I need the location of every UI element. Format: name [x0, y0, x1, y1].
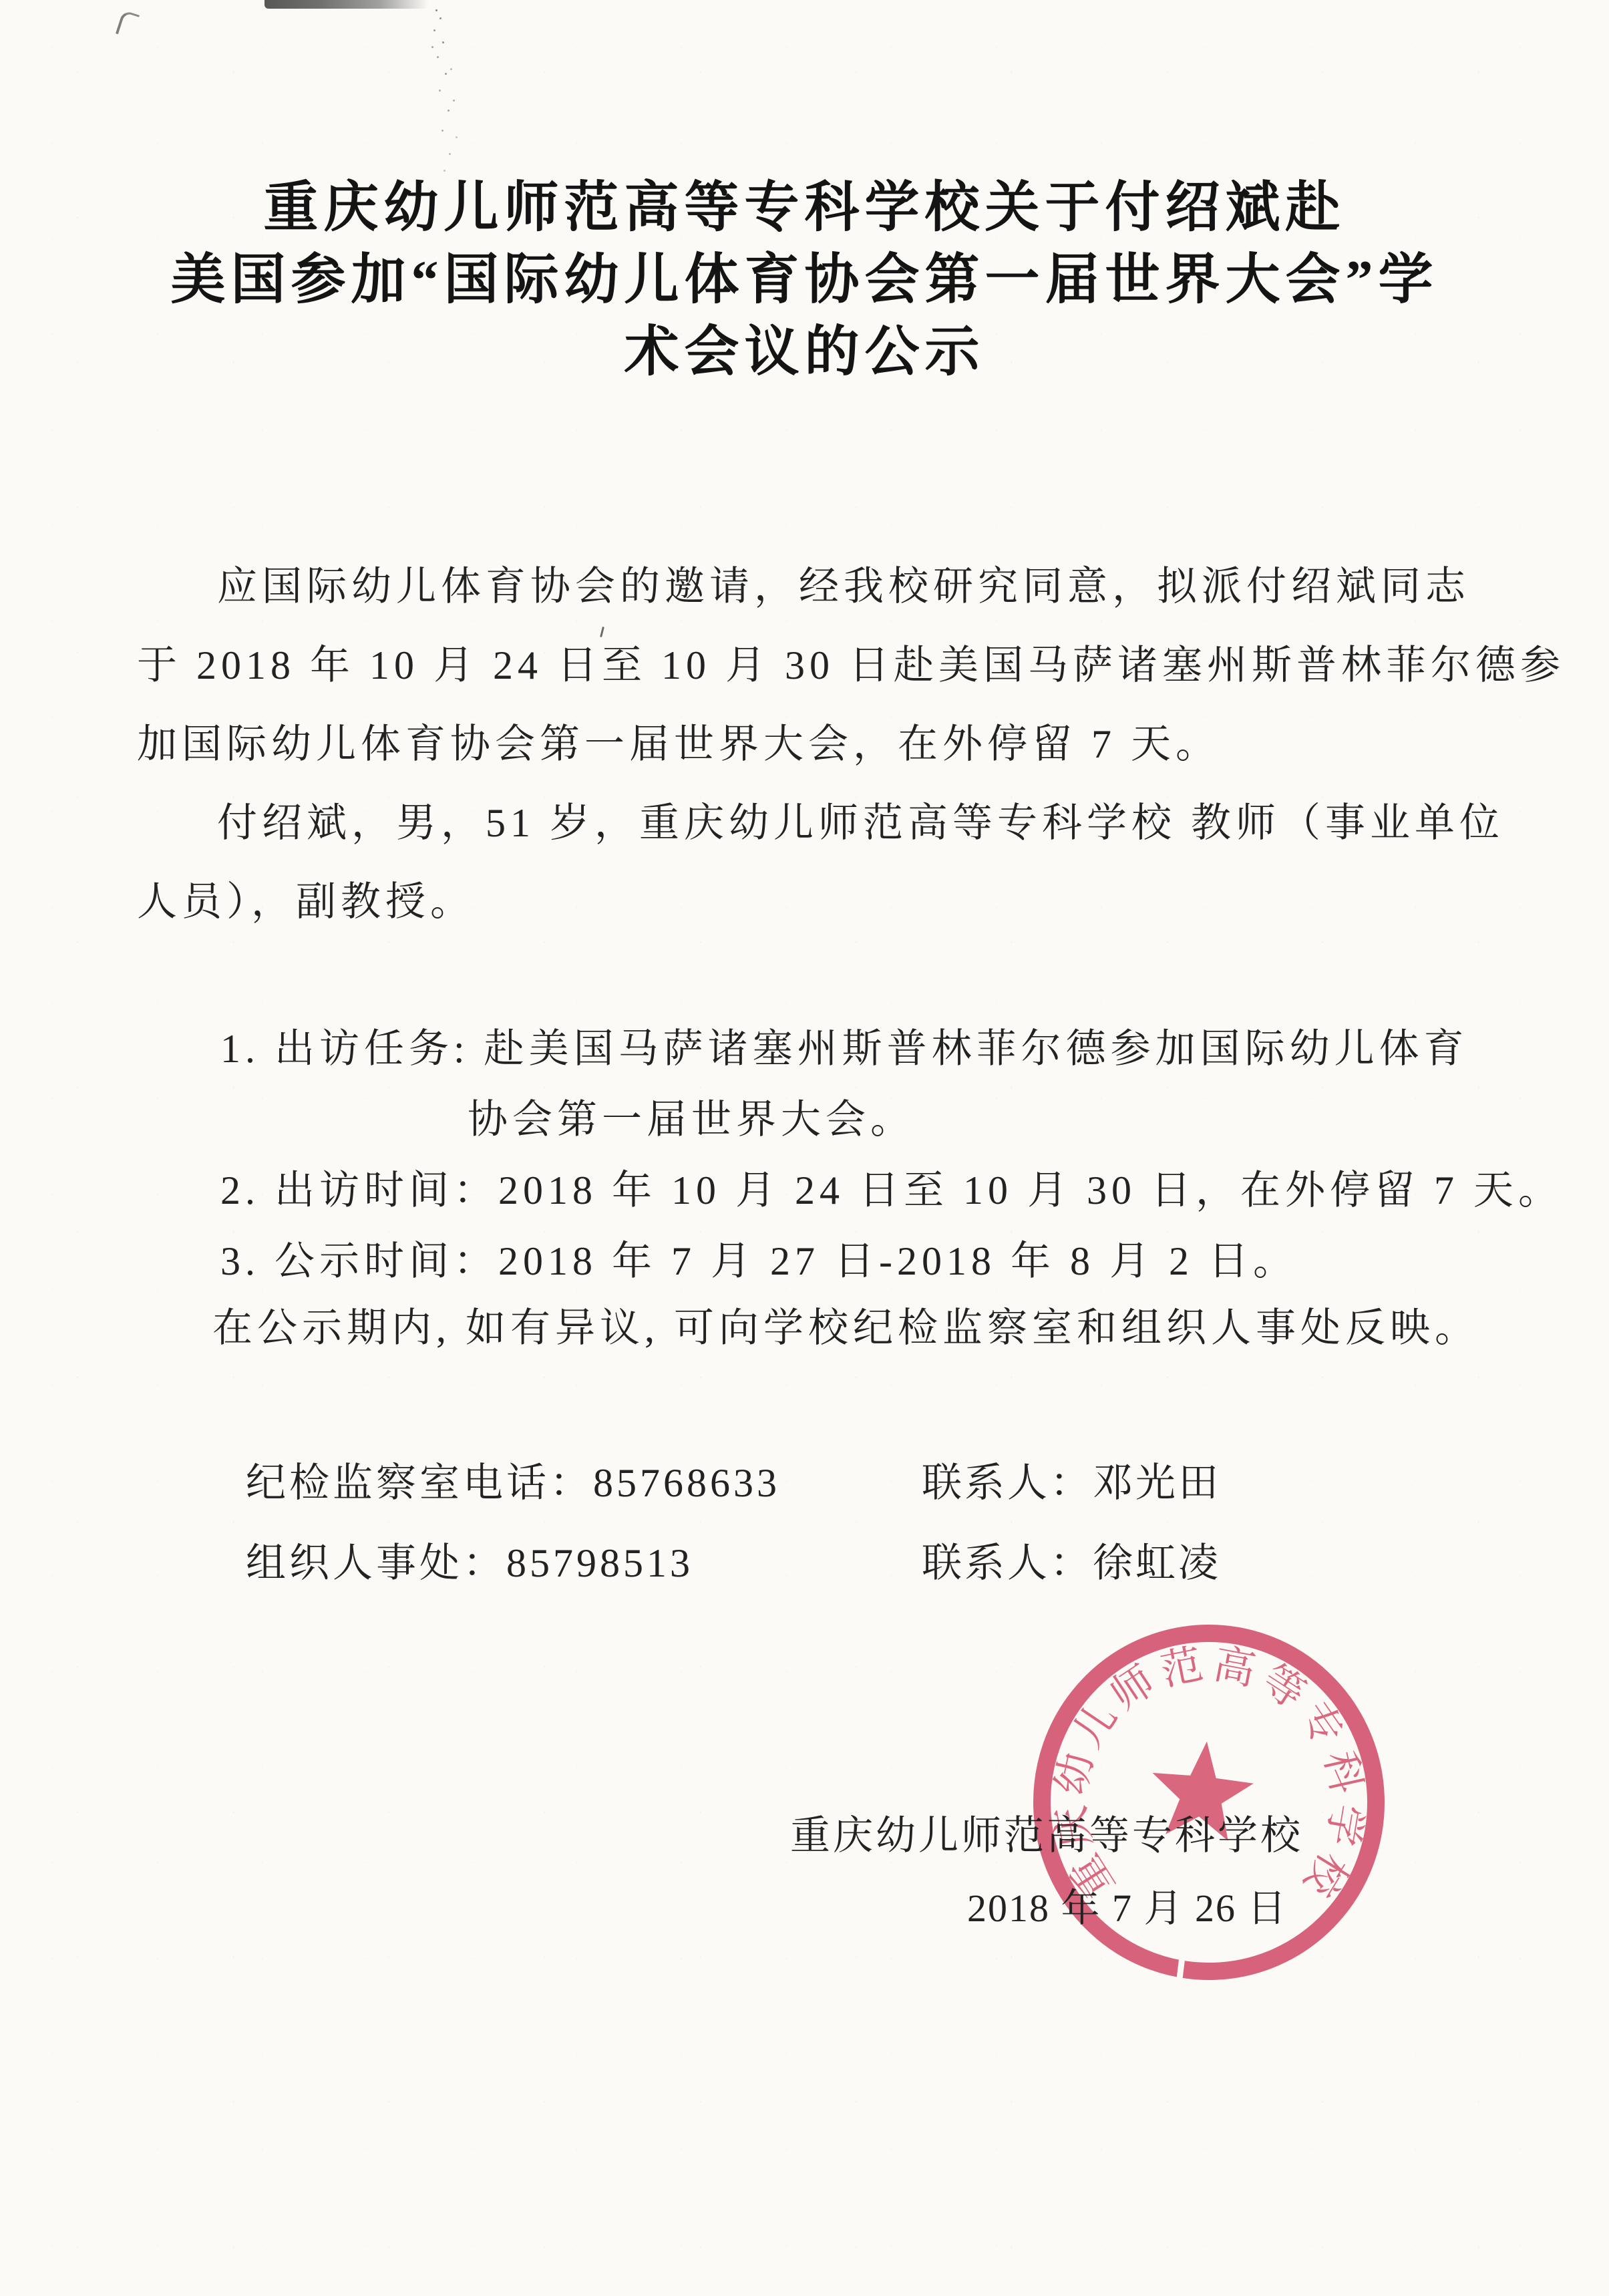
contact-person-1: 联系人：邓光田	[922, 1463, 1221, 1503]
document-title-line-1: 重庆幼儿师范高等专科学校关于付绍斌赴	[0, 179, 1609, 236]
contact-person-2: 联系人：徐虹凌	[922, 1543, 1221, 1583]
body-line: 加国际幼儿体育协会第一届世界大会，在外停留 7 天。	[137, 724, 1220, 764]
body-line: 付绍斌，男，51 岁，重庆幼儿师范高等专科学校 教师（事业单位	[217, 803, 1504, 843]
document-title-line-2: 美国参加“国际幼儿体育协会第一届世界大会”学	[0, 251, 1609, 309]
signature-date: 2018 年 7 月 26 日	[967, 1889, 1288, 1928]
scan-hook-artifact	[116, 10, 140, 39]
list-item-time: 2. 出访时间：2018 年 10 月 24 日至 10 月 30 日，在外停留…	[220, 1170, 1563, 1210]
list-item-publicity-period: 3. 公示时间：2018 年 7 月 27 日-2018 年 8 月 2 日。	[220, 1241, 1298, 1281]
list-item-task-line-2: 协会第一届世界大会。	[468, 1100, 915, 1140]
scan-smudge-artifact	[264, 0, 429, 9]
contact-phone-hr-office: 组织人事处：85798513	[246, 1543, 693, 1583]
official-seal: 重庆幼儿师范高等专科学校	[1007, 1601, 1411, 2004]
signature-organization: 重庆幼儿师范高等专科学校	[790, 1816, 1303, 1856]
scan-speckle-artifact	[435, 9, 437, 11]
body-line: 于 2018 年 10 月 24 日至 10 月 30 日赴美国马萨诸塞州斯普林…	[137, 645, 1565, 685]
list-item-task-line-1: 1. 出访任务: 赴美国马萨诸塞州斯普林菲尔德参加国际幼儿体育	[220, 1029, 1469, 1069]
body-line: 应国际幼儿体育协会的邀请，经我校研究同意，拟派付绍斌同志	[217, 566, 1470, 607]
contact-phone-discipline-office: 纪检监察室电话：85768633	[246, 1463, 780, 1503]
scanned-document-page: 重庆幼儿师范高等专科学校关于付绍斌赴 美国参加“国际幼儿体育协会第一届世界大会”…	[0, 0, 1609, 2296]
scan-tick-artifact	[600, 627, 604, 637]
closing-statement: 在公示期内, 如有异议, 可向学校纪检监察室和组织人事处反映。	[212, 1308, 1479, 1348]
document-title-line-3: 术会议的公示	[0, 323, 1609, 381]
body-line: 人员），副教授。	[137, 882, 475, 922]
